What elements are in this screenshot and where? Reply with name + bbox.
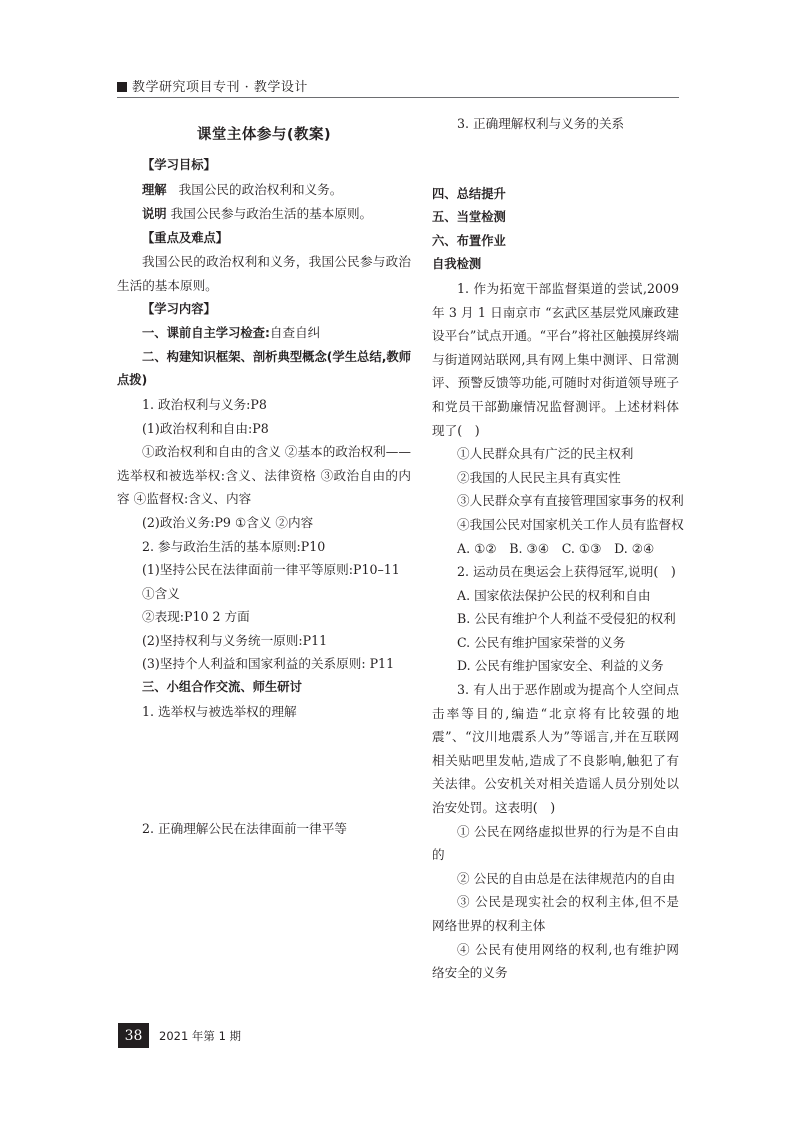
header-rule xyxy=(117,97,679,98)
discussion-1: 1. 选举权与被选举权的理解 xyxy=(117,700,411,724)
section-2: 二、构建知识框架、剖析典型概念(学生总结,教师点拨) xyxy=(117,346,411,393)
question-1-stem: 1. 作为拓宽干部监督渠道的尝试,2009年 3 月 1 日南京市 “玄武区基层… xyxy=(432,277,679,442)
item-2-3: (3)坚持个人利益和国家利益的关系原则: P11 xyxy=(117,652,411,676)
content-heading: 【学习内容】 xyxy=(117,298,411,322)
section-4: 四、总结提升 xyxy=(432,183,679,207)
question-1-option: ③人民群众享有直接管理国家事务的权利 xyxy=(432,489,679,513)
item-2-1-a: ①含义 xyxy=(117,582,411,606)
learning-goals-heading: 【学习目标】 xyxy=(117,154,411,178)
issue-label: 2021 年第 1 期 xyxy=(159,1028,241,1044)
right-column: 3. 正确理解权利与义务的关系 四、总结提升 五、当堂检测 六、布置作业 自我检… xyxy=(432,112,679,985)
goal-explain: 说明 我国公民参与政治生活的基本原则。 xyxy=(117,202,411,227)
question-1-option: ④我国公民对国家机关工作人员有监督权 xyxy=(432,513,679,537)
goal-text: 我国公民参与政治生活的基本原则。 xyxy=(171,206,373,221)
section-3: 三、小组合作交流、师生研讨 xyxy=(117,676,411,700)
left-column: 课堂主体参与(教案) 【学习目标】 理解 我国公民的政治权利和义务。 说明 我国… xyxy=(117,112,411,841)
question-2-choice: A. 国家依法保护公民的权利和自由 xyxy=(432,584,679,608)
goal-label: 说明 xyxy=(142,207,167,221)
answer-space xyxy=(117,723,411,817)
question-2-choice: B. 公民有维护个人利益不受侵犯的权利 xyxy=(432,607,679,631)
self-test-heading: 自我检测 xyxy=(432,253,679,277)
question-1-choices: A. ①② B. ③④ C. ①③ D. ②④ xyxy=(432,537,679,561)
lesson-title: 课堂主体参与(教案) xyxy=(117,122,411,148)
discussion-3: 3. 正确理解权利与义务的关系 xyxy=(432,112,679,136)
item-1-1-detail: ①政治权利和自由的含义 ②基本的政治权利——选举权和被选举权:含义、法律资格 ③… xyxy=(117,440,411,511)
item-1-1: (1)政治权利和自由:P8 xyxy=(117,417,411,441)
question-1-option: ①人民群众具有广泛的民主权利 xyxy=(432,442,679,466)
answer-space xyxy=(432,136,679,183)
question-2-stem: 2. 运动员在奥运会上获得冠军,说明( ) xyxy=(432,560,679,584)
section-1-text: 自查自纠 xyxy=(270,325,320,340)
black-square-icon xyxy=(117,82,127,92)
item-2-2: (2)坚持权利与义务统一原则:P11 xyxy=(117,629,411,653)
item-1-2: (2)政治义务:P9 ①含义 ②内容 xyxy=(117,511,411,535)
question-3-option: ① 公民在网络虚拟世界的行为是不自由的 xyxy=(432,820,679,867)
section-1: 一、课前自主学习检查:自查自纠 xyxy=(117,321,411,346)
item-2: 2. 参与政治生活的基本原则:P10 xyxy=(117,535,411,559)
key-points-heading: 【重点及难点】 xyxy=(117,227,411,251)
question-2-choice: C. 公民有维护国家荣誉的义务 xyxy=(432,631,679,655)
question-3-option: ④ 公民有使用网络的权利,也有维护网络安全的义务 xyxy=(432,938,679,985)
page-footer: 38 2021 年第 1 期 xyxy=(118,1023,241,1048)
goal-label: 理解 xyxy=(142,183,167,197)
item-2-1: (1)坚持公民在法律面前一律平等原则:P10–11 xyxy=(117,558,411,582)
discussion-2: 2. 正确理解公民在法律面前一律平等 xyxy=(117,817,411,841)
section-6: 六、布置作业 xyxy=(432,230,679,254)
question-1-option: ②我国的人民民主具有真实性 xyxy=(432,466,679,490)
section-5: 五、当堂检测 xyxy=(432,206,679,230)
page-number-badge: 38 xyxy=(118,1023,149,1048)
question-2-choice: D. 公民有维护国家安全、利益的义务 xyxy=(432,654,679,678)
key-points-text: 我国公民的政治权利和义务，我国公民参与政治生活的基本原则。 xyxy=(117,250,411,297)
goal-understand: 理解 我国公民的政治权利和义务。 xyxy=(117,178,411,203)
question-3-stem: 3. 有人出于恶作剧或为提高个人空间点击率等目的,编造“北京将有比较强的地震”、… xyxy=(432,678,679,820)
item-1: 1. 政治权利与义务:P8 xyxy=(117,393,411,417)
question-3-option: ③ 公民是现实社会的权利主体,但不是网络世界的权利主体 xyxy=(432,890,679,937)
goal-text: 我国公民的政治权利和义务。 xyxy=(179,182,343,197)
item-2-1-b: ②表现:P10 2 方面 xyxy=(117,605,411,629)
running-header: 教学研究项目专刊 · 教学设计 xyxy=(117,76,308,95)
question-3-option: ② 公民的自由总是在法律规范内的自由 xyxy=(432,867,679,891)
journal-section: 教学研究项目专刊 · 教学设计 xyxy=(132,80,308,95)
section-1-label: 一、课前自主学习检查: xyxy=(142,326,270,340)
